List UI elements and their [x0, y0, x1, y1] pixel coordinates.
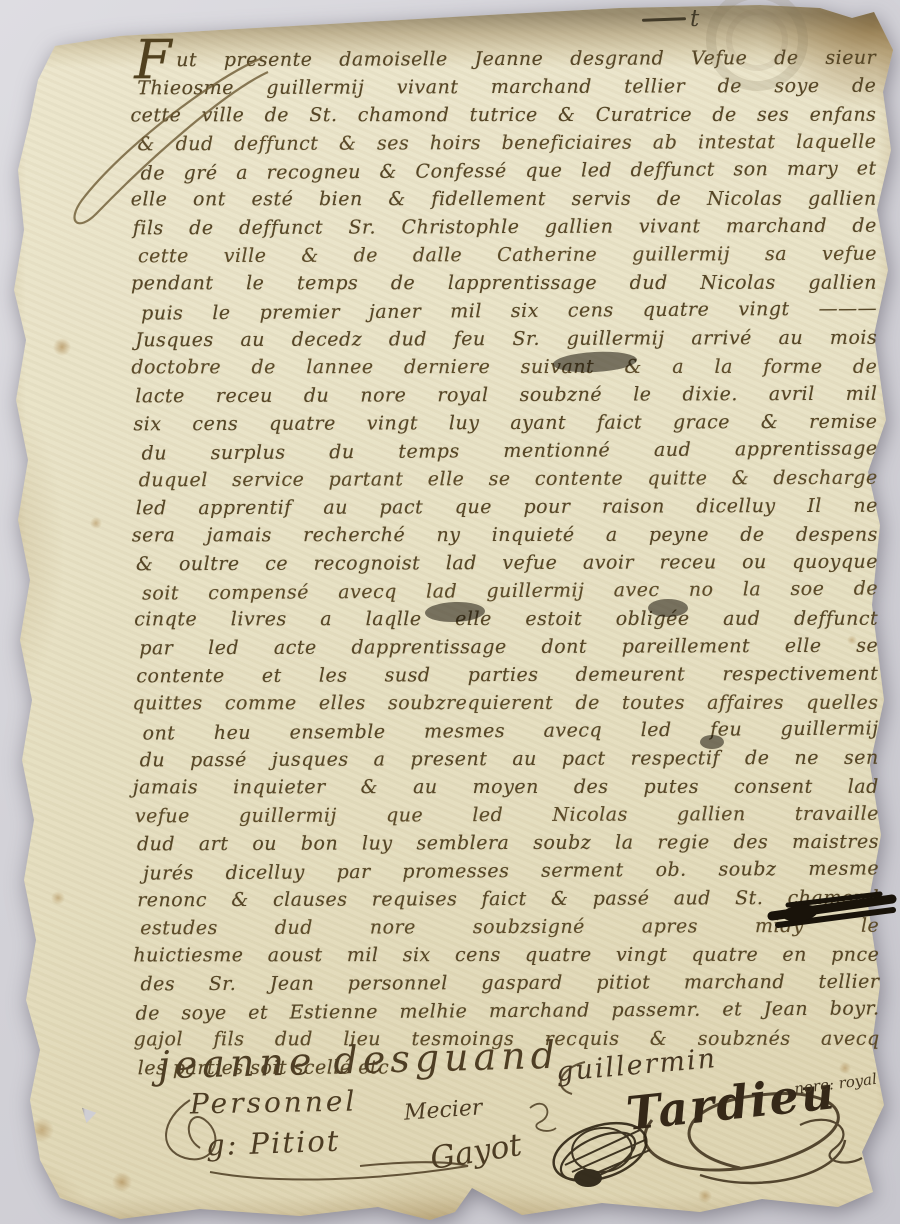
- manuscript-line: de gré a recogneu & Confessé que led def…: [141, 155, 877, 188]
- manuscript-line: estudes dud nore soubzsigné apres midy l…: [140, 913, 879, 944]
- manuscript-line: & oultre ce recognoist lad vefue avoir r…: [136, 549, 878, 580]
- manuscript-line: cette ville de St. chamond tutrice & Cur…: [130, 102, 876, 131]
- manuscript-line: cinqte livres a laqlle elle estoit oblig…: [134, 606, 878, 635]
- manuscript-line: Fut presente damoiselle Jeanne desgrand …: [134, 45, 876, 76]
- signature-personnel: Personnel: [190, 1085, 358, 1121]
- manuscript-line: du passé jusques a present au pact respe…: [140, 745, 879, 776]
- manuscript-line: des Sr. Jean personnel gaspard pitiot ma…: [140, 969, 879, 1000]
- manuscript-line: six cens quatre vingt luy ayant faict gr…: [133, 409, 877, 440]
- manuscript-line: Thieosme guillermij vivant marchand tell…: [137, 73, 876, 104]
- manuscript-line: jamais inquieter & au moyen des putes co…: [133, 774, 879, 803]
- manuscript-line: cette ville & de dalle Catherine guiller…: [138, 241, 877, 272]
- manuscript-line: de soye et Estienne melhie marchand pass…: [135, 995, 879, 1028]
- manuscript-line: contente et les susd parties demeurent r…: [136, 661, 878, 692]
- manuscript-line: doctobre de lannee derniere suivant & a …: [131, 354, 877, 383]
- folio-mark-group: t: [642, 6, 699, 32]
- manuscript-line: du surplus du temps mentionné aud appren…: [142, 435, 878, 468]
- manuscript-line: soit compensé avecq lad guillermij avec …: [142, 575, 878, 608]
- folio-dash: [642, 17, 686, 22]
- manuscript-line: fils de deffunct Sr. Christophle gallien…: [133, 213, 877, 244]
- manuscript-line: lacte receu du nore royal soubzné le dix…: [135, 381, 877, 412]
- folio-mark: t: [690, 6, 699, 32]
- signature-pitiot: g: Pitiot: [205, 1124, 340, 1163]
- manuscript-line: puis le premier janer mil six cens quatr…: [141, 295, 877, 328]
- manuscript-line: pendant le temps de lapprentissage dud N…: [131, 270, 877, 299]
- scanned-manuscript: t Fut presente damoiselle Jeanne desgran…: [0, 0, 900, 1224]
- manuscript-line: jurés dicelluy par promesses serment ob.…: [143, 855, 879, 888]
- manuscript-line: quittes comme elles soubzrequierent de t…: [132, 690, 878, 719]
- manuscript-line: sera jamais recherché ny inquieté a peyn…: [132, 522, 878, 551]
- manuscript-line: elle ont esté bien & fidellement servis …: [131, 186, 877, 215]
- manuscript-line: dud art ou bon luy semblera soubz la reg…: [137, 829, 879, 860]
- manuscript-line: duquel service partant elle se contente …: [139, 465, 878, 496]
- manuscript-line: Jusques au decedz dud feu Sr. guillermij…: [135, 325, 877, 356]
- manuscript-line: par led acte dapprentissage dont pareill…: [139, 633, 878, 664]
- manuscript-lines: Fut presente damoiselle Jeanne desgrand …: [134, 45, 880, 1084]
- manuscript-line: renonc & clauses requises faict & passé …: [137, 885, 879, 916]
- manuscript-line: & dud deffunct & ses hoirs beneficiaires…: [137, 129, 876, 160]
- manuscript-line: huictiesme aoust mil six cens quatre vin…: [133, 942, 879, 971]
- manuscript-line: led apprentif au pact que pour raison di…: [136, 493, 878, 524]
- manuscript-line: vefue guillermij que led Nicolas gallien…: [135, 801, 879, 832]
- manuscript-line: ont heu ensemble mesmes avecq led feu gu…: [142, 715, 878, 748]
